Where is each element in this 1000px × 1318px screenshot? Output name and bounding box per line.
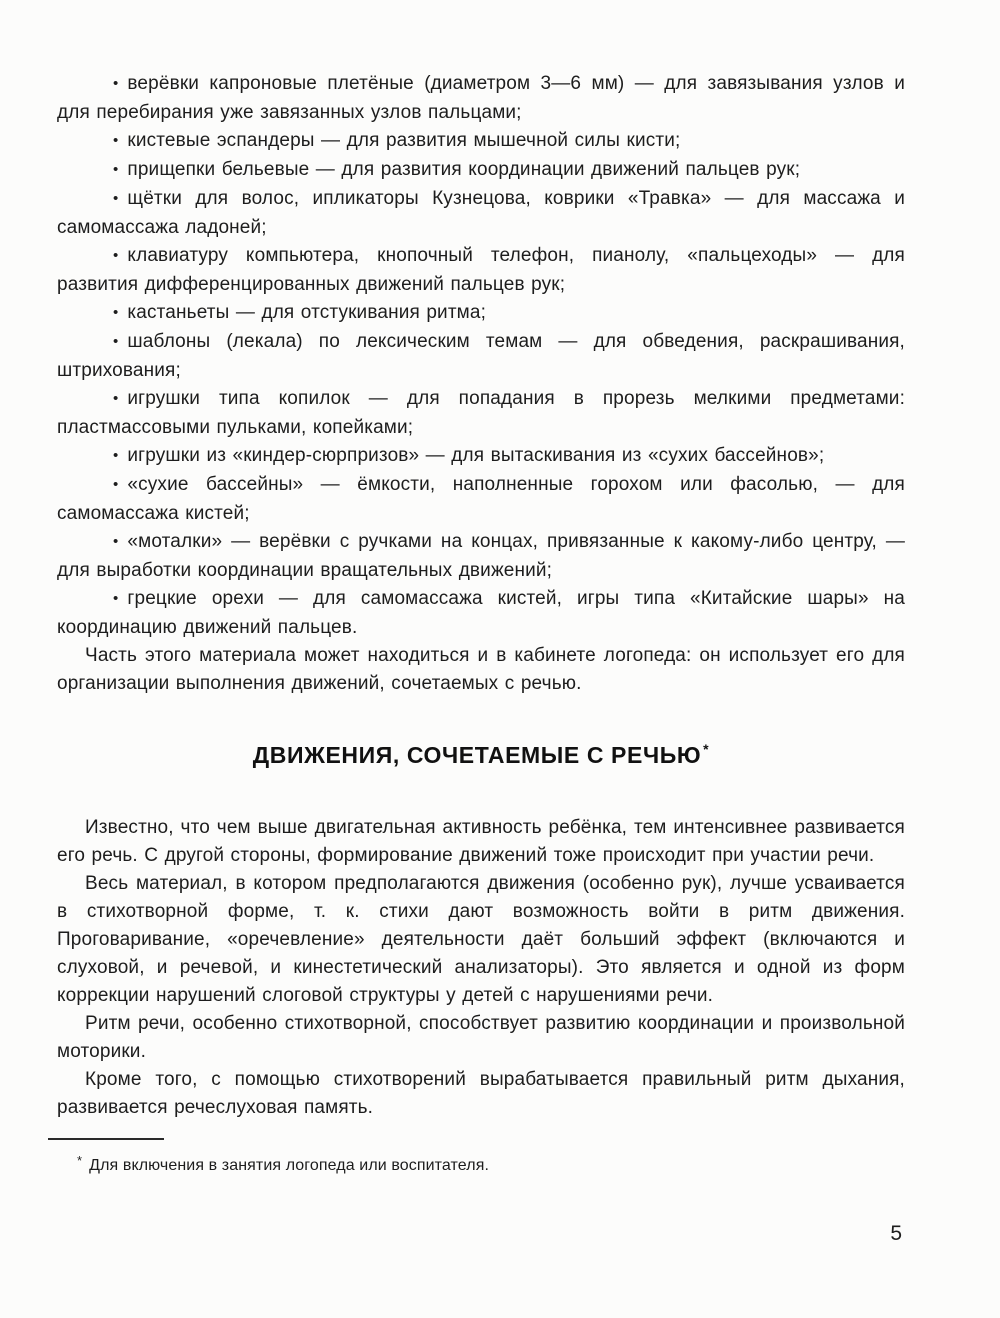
list-item: •игрушки из «киндер-сюрпризов» — для выт… xyxy=(57,442,905,471)
list-item: •прищепки бельевые — для развития коорди… xyxy=(57,156,905,185)
paragraph: Кроме того, с помощью стихотворений выра… xyxy=(57,1066,905,1122)
bullet-icon: • xyxy=(85,185,118,213)
closing-paragraph: Часть этого материала может находиться и… xyxy=(57,642,905,698)
list-item: •верёвки капроновые плетёные (диаметром … xyxy=(57,70,905,127)
list-item-text: игрушки из «киндер-сюрпризов» — для выта… xyxy=(127,445,824,466)
paragraph: Весь материал, в котором предполагаются … xyxy=(57,870,905,1010)
list-item: •игрушки типа копилок — для попадания в … xyxy=(57,385,905,442)
footnote-divider xyxy=(48,1138,164,1140)
bullet-icon: • xyxy=(85,328,118,356)
footnote-marker: * xyxy=(77,1153,82,1168)
section-paragraphs: Известно, что чем выше двигательная акти… xyxy=(57,814,905,1122)
footnote-block: *Для включения в занятия логопеда или во… xyxy=(57,1138,905,1177)
list-item-text: игрушки типа копилок — для попадания в п… xyxy=(57,388,905,438)
list-item: •кистевые эспандеры — для развития мышеч… xyxy=(57,127,905,156)
paragraph: Ритм речи, особенно стихотворной, способ… xyxy=(57,1010,905,1066)
bullet-icon: • xyxy=(85,442,118,470)
list-item-text: шаблоны (лекала) по лексическим темам — … xyxy=(57,331,905,381)
bullet-icon: • xyxy=(85,528,118,556)
bullet-icon: • xyxy=(85,156,118,184)
heading-footnote-marker: * xyxy=(703,741,709,757)
list-item: •грецкие орехи — для самомассажа кистей,… xyxy=(57,585,905,642)
list-item: •«моталки» — верёвки с ручками на концах… xyxy=(57,528,905,585)
list-item: •шаблоны (лекала) по лексическим темам —… xyxy=(57,328,905,385)
bullet-icon: • xyxy=(85,471,118,499)
book-page: •верёвки капроновые плетёные (диаметром … xyxy=(0,0,1000,1318)
list-item-text: «моталки» — верёвки с ручками на концах,… xyxy=(57,531,905,581)
list-item-text: верёвки капроновые плетёные (диаметром 3… xyxy=(57,73,905,123)
page-number: 5 xyxy=(890,1222,902,1246)
list-item-text: прищепки бельевые — для развития координ… xyxy=(127,159,800,180)
list-item-text: грецкие орехи — для самомассажа кистей, … xyxy=(57,588,905,638)
list-item-text: «сухие бассейны» — ёмкости, наполненные … xyxy=(57,474,905,524)
bullet-icon: • xyxy=(85,242,118,270)
equipment-list: •верёвки капроновые плетёные (диаметром … xyxy=(57,70,905,698)
list-item: •щётки для волос, ипликаторы Кузнецова, … xyxy=(57,185,905,242)
list-item-text: кастаньеты — для отстукивания ритма; xyxy=(127,302,486,323)
list-item: •клавиатуру компьютера, кнопочный телефо… xyxy=(57,242,905,299)
paragraph: Известно, что чем выше двигательная акти… xyxy=(57,814,905,870)
content-column: •верёвки капроновые плетёные (диаметром … xyxy=(57,70,905,1177)
list-item-text: щётки для волос, ипликаторы Кузнецова, к… xyxy=(57,188,905,238)
bullet-icon: • xyxy=(85,385,118,413)
list-item: •«сухие бассейны» — ёмкости, наполненные… xyxy=(57,471,905,528)
section-heading-text: ДВИЖЕНИЯ, СОЧЕТАЕМЫЕ С РЕЧЬЮ xyxy=(253,742,701,768)
bullet-icon: • xyxy=(85,585,118,613)
section-heading: ДВИЖЕНИЯ, СОЧЕТАЕМЫЕ С РЕЧЬЮ* xyxy=(57,734,905,770)
list-item: •кастаньеты — для отстукивания ритма; xyxy=(57,299,905,328)
bullet-icon: • xyxy=(85,70,118,98)
footnote-text: Для включения в занятия логопеда или вос… xyxy=(89,1157,489,1174)
bullet-icon: • xyxy=(85,299,118,327)
bullet-icon: • xyxy=(85,127,118,155)
list-item-text: клавиатуру компьютера, кнопочный телефон… xyxy=(57,245,905,295)
list-item-text: кистевые эспандеры — для развития мышечн… xyxy=(127,130,680,151)
footnote: *Для включения в занятия логопеда или во… xyxy=(77,1150,905,1177)
